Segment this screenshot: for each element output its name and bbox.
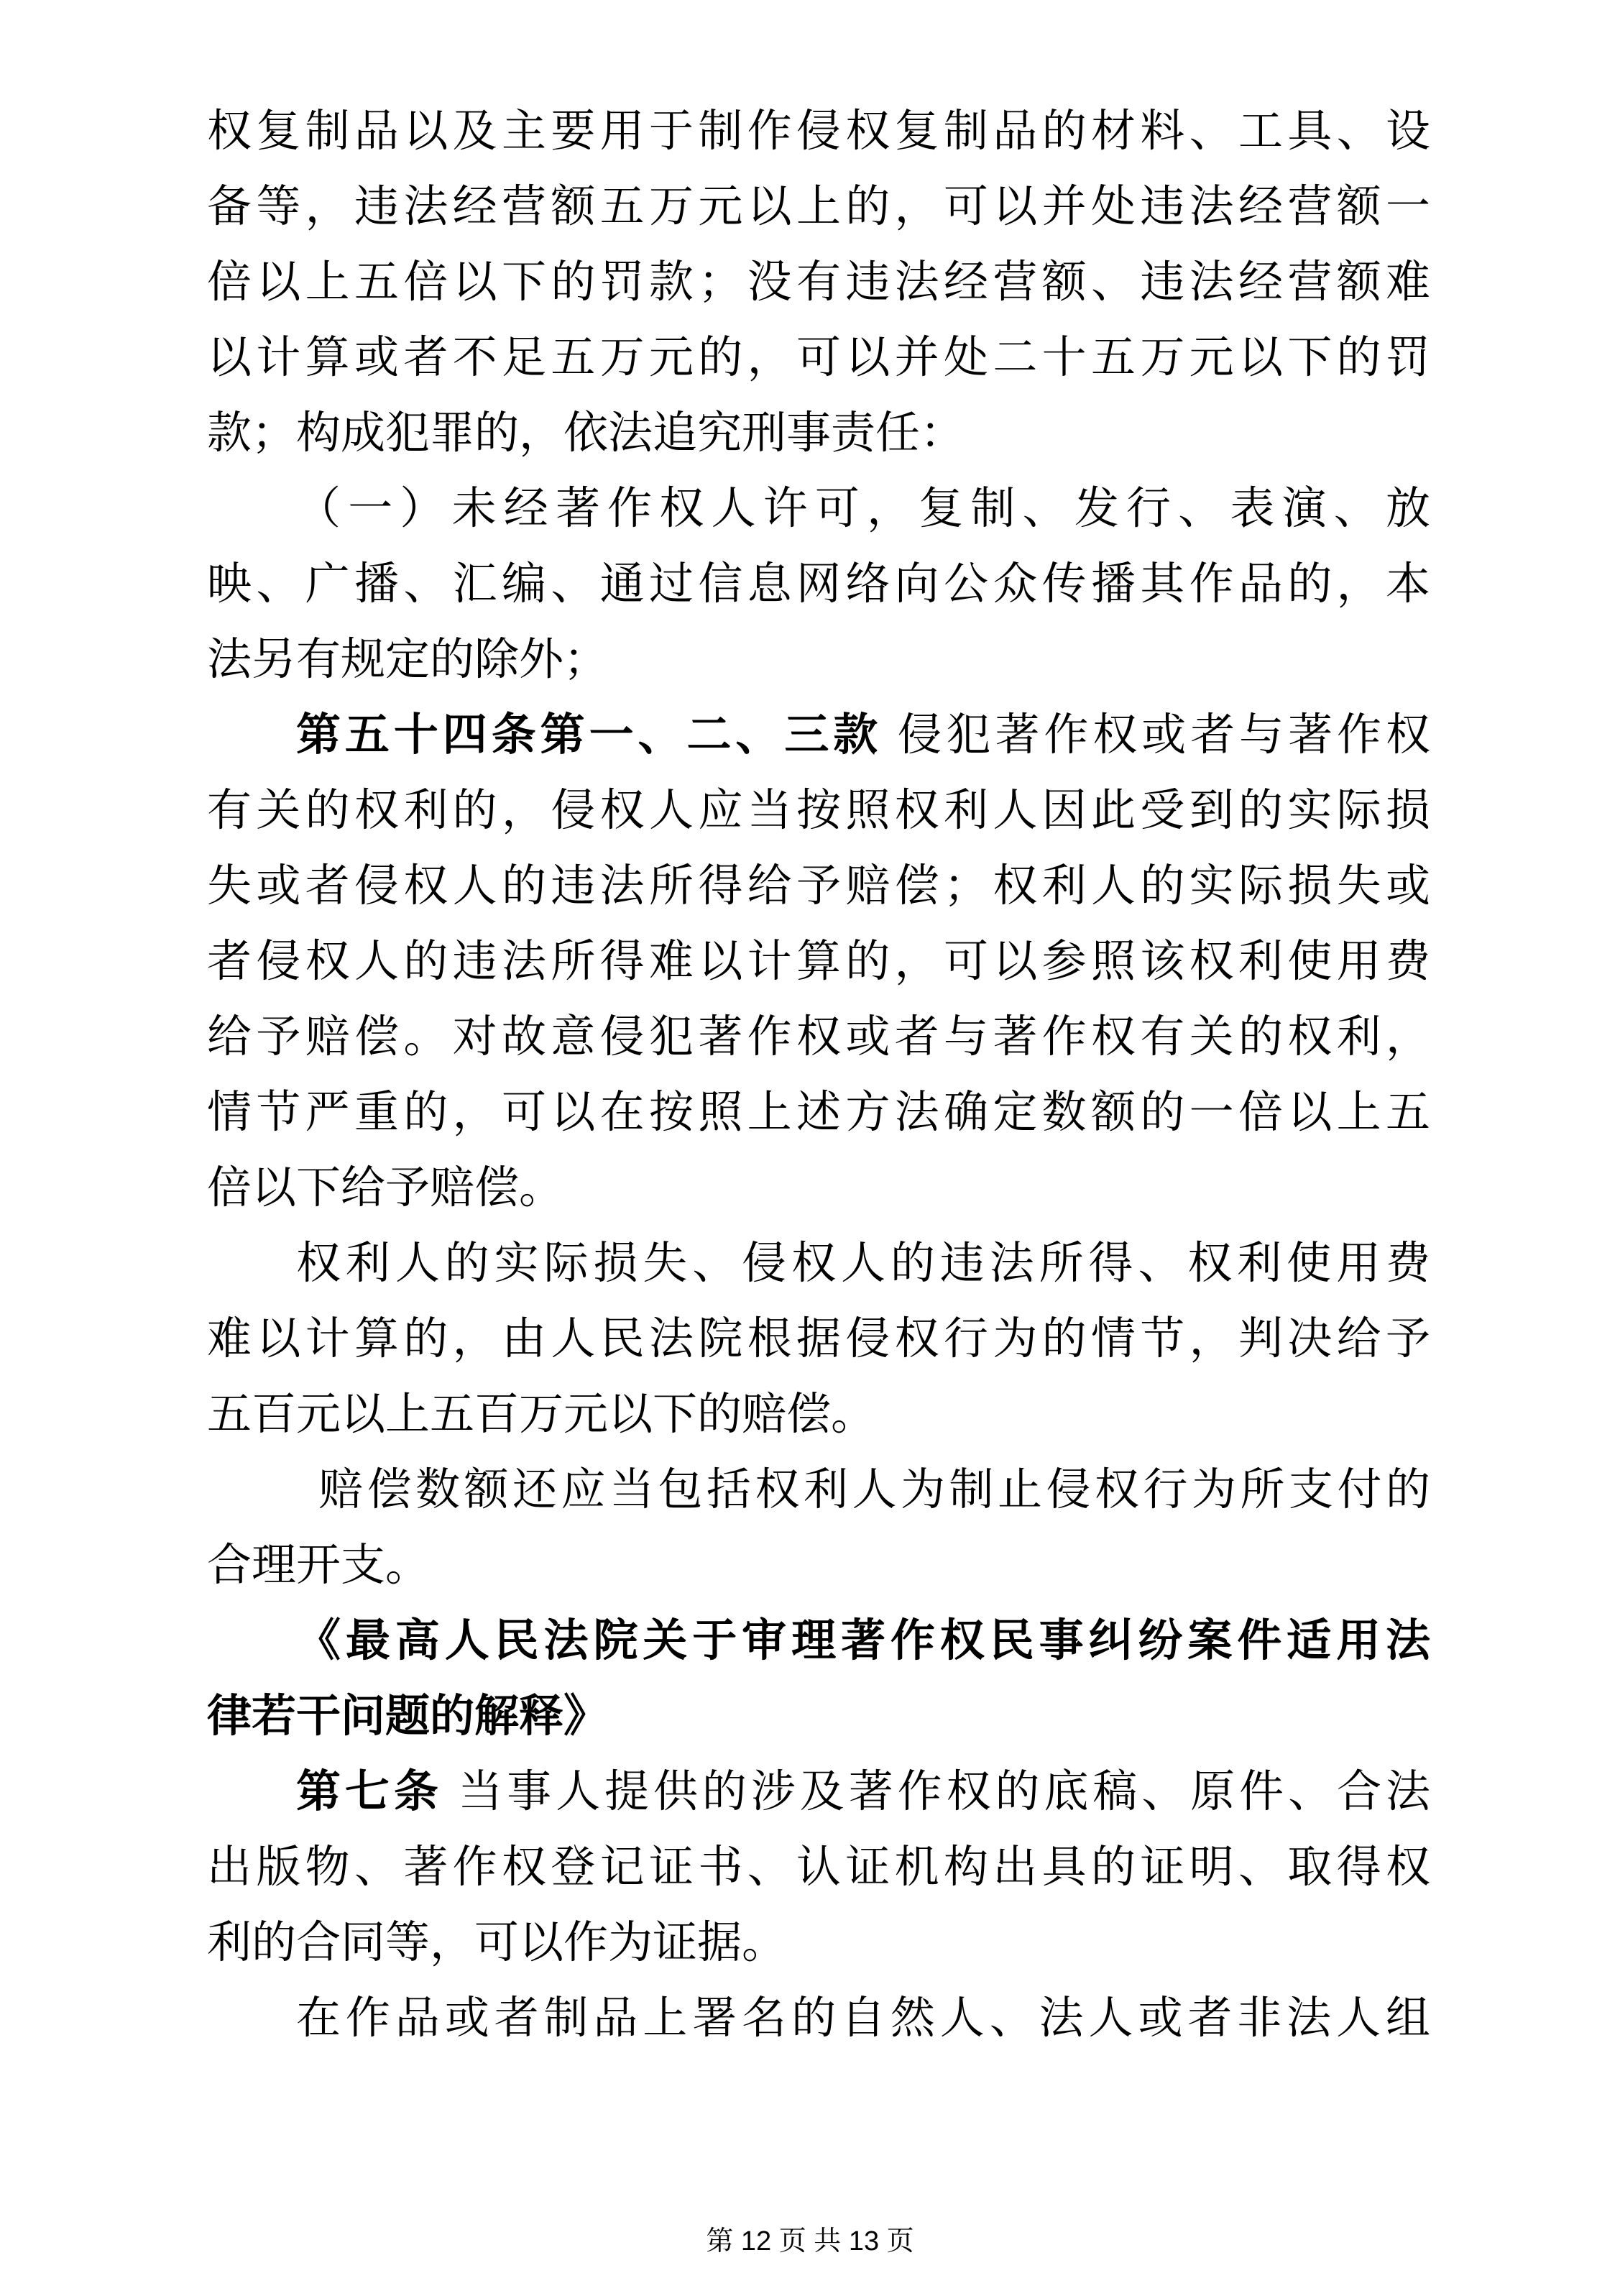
text-line: 法另有规定的除外； (207, 623, 1430, 698)
text-segment: （一）未经著作权人许可，复制、发行、表演、放 (296, 485, 1430, 533)
text-line: 《最高人民法院关于审理著作权民事纠纷案件适用法 (207, 1604, 1430, 1679)
text-segment: 难以计算的，由人民法院根据侵权行为的情节，判决给予 (207, 1315, 1430, 1364)
text-line: 者侵权人的违法所得难以计算的，可以参照该权利使用费 (207, 924, 1430, 1000)
text-line: 出版物、著作权登记证书、认证机构出具的证明、取得权 (207, 1830, 1430, 1906)
text-segment: 备等，违法经营额五万元以上的，可以并处违法经营额一 (207, 183, 1430, 231)
text-segment: 利的合同等，可以作为证据。 (207, 1919, 786, 1967)
text-segment: 给予赔偿。对故意侵犯著作权或者与著作权有关的权利， (207, 1013, 1430, 1062)
text-line: 五百元以上五百万元以下的赔偿。 (207, 1377, 1430, 1453)
text-segment: 者侵权人的违法所得难以计算的，可以参照该权利使用费 (207, 937, 1430, 986)
text-segment-bold: 律若干问题的解释》 (207, 1692, 608, 1741)
text-line: 以计算或者不足五万元的，可以并处二十五万元以下的罚 (207, 321, 1430, 396)
text-line: 合理开支。 (207, 1528, 1430, 1604)
page-number-text: 第 12 页 共 13 页 (706, 2226, 913, 2256)
text-segment: 在作品或者制品上署名的自然人、法人或者非法人组 (296, 1994, 1430, 2043)
document-page: 权复制品以及主要用于制作侵权复制品的材料、工具、设 备等，违法经营额五万元以上的… (0, 0, 1620, 2296)
text-line: 款；构成犯罪的，依法追究刑事责任： (207, 396, 1430, 472)
text-segment: 情节严重的，可以在按照上述方法确定数额的一倍以上五 (207, 1088, 1430, 1137)
text-segment: 倍以上五倍以下的罚款；没有违法经营额、违法经营额难 (207, 258, 1430, 307)
text-segment: 权复制品以及主要用于制作侵权复制品的材料、工具、设 (207, 107, 1430, 156)
text-line: 映、广播、汇编、通过信息网络向公众传播其作品的，本 (207, 547, 1430, 623)
text-line: 赔偿数额还应当包括权利人为制止侵权行为所支付的 (207, 1453, 1430, 1528)
text-segment-bold: 第五十四条第一、二、三款 (296, 711, 882, 760)
text-segment: 侵犯著作权或者与著作权 (882, 711, 1430, 760)
text-line: 利的合同等，可以作为证据。 (207, 1906, 1430, 1981)
text-line: 权复制品以及主要用于制作侵权复制品的材料、工具、设 (207, 94, 1430, 170)
text-line: 倍以上五倍以下的罚款；没有违法经营额、违法经营额难 (207, 245, 1430, 321)
text-segment: 赔偿数额还应当包括权利人为制止侵权行为所支付的 (318, 1466, 1430, 1515)
text-segment: 映、广播、汇编、通过信息网络向公众传播其作品的，本 (207, 560, 1430, 609)
text-line: 情节严重的，可以在按照上述方法确定数额的一倍以上五 (207, 1075, 1430, 1151)
text-segment: 五百元以上五百万元以下的赔偿。 (207, 1390, 875, 1439)
text-line: 第七条 当事人提供的涉及著作权的底稿、原件、合法 (207, 1755, 1430, 1830)
text-line: 有关的权利的，侵权人应当按照权利人因此受到的实际损 (207, 773, 1430, 849)
text-segment: 有关的权利的，侵权人应当按照权利人因此受到的实际损 (207, 786, 1430, 835)
text-segment: 当事人提供的涉及著作权的底稿、原件、合法 (443, 1768, 1430, 1817)
text-line: 给予赔偿。对故意侵犯著作权或者与著作权有关的权利， (207, 1000, 1430, 1075)
page-footer: 第 12 页 共 13 页 (0, 2226, 1620, 2257)
text-line: 失或者侵权人的违法所得给予赔偿；权利人的实际损失或 (207, 849, 1430, 924)
text-line: 难以计算的，由人民法院根据侵权行为的情节，判决给予 (207, 1302, 1430, 1377)
text-segment: 失或者侵权人的违法所得给予赔偿；权利人的实际损失或 (207, 862, 1430, 911)
text-segment: 权利人的实际损失、侵权人的违法所得、权利使用费 (296, 1239, 1430, 1288)
text-segment: 合理开支。 (207, 1541, 430, 1590)
text-segment: 法另有规定的除外； (207, 635, 608, 684)
body-text: 权复制品以及主要用于制作侵权复制品的材料、工具、设 备等，违法经营额五万元以上的… (207, 94, 1430, 2057)
text-line: 律若干问题的解释》 (207, 1679, 1430, 1755)
text-line: 第五十四条第一、二、三款 侵犯著作权或者与著作权 (207, 698, 1430, 773)
text-segment-bold: 第七条 (296, 1768, 443, 1817)
text-line: 备等，违法经营额五万元以上的，可以并处违法经营额一 (207, 170, 1430, 245)
text-segment: 以计算或者不足五万元的，可以并处二十五万元以下的罚 (207, 334, 1430, 382)
text-line: （一）未经著作权人许可，复制、发行、表演、放 (207, 472, 1430, 547)
text-segment: 款；构成犯罪的，依法追究刑事责任： (207, 409, 965, 458)
text-line: 在作品或者制品上署名的自然人、法人或者非法人组 (207, 1981, 1430, 2057)
text-line: 权利人的实际损失、侵权人的违法所得、权利使用费 (207, 1226, 1430, 1302)
text-segment-bold: 《最高人民法院关于审理著作权民事纠纷案件适用法 (296, 1617, 1430, 1666)
text-segment: 出版物、著作权登记证书、认证机构出具的证明、取得权 (207, 1843, 1430, 1892)
text-segment: 倍以下给予赔偿。 (207, 1164, 563, 1213)
text-line: 倍以下给予赔偿。 (207, 1151, 1430, 1226)
